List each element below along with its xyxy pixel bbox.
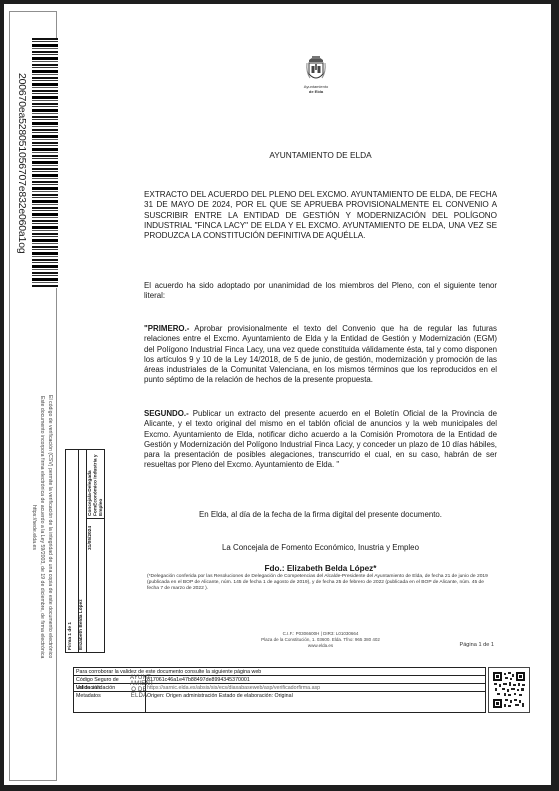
- barcode-icon: [32, 38, 58, 288]
- primero-paragraph: "PRIMERO.- Aprobar provisionalmente el t…: [144, 324, 497, 386]
- csv-value: 817061c46a1e47b88497de8994345370001: [147, 676, 483, 684]
- intro-paragraph: El acuerdo ha sido adoptado por unanimid…: [144, 281, 497, 302]
- segundo-label: SEGUNDO.-: [144, 409, 189, 418]
- segundo-text: Publicar un extracto del presente acuerd…: [144, 409, 497, 469]
- signature-name: Elizabeth Belda López: [79, 570, 87, 650]
- signature-table: Firma 1 de 1 Elizabeth Belda López 31/05…: [65, 449, 105, 653]
- verification-table: Para corroborar la validez de este docum…: [73, 667, 486, 713]
- signer-name: Fdo.: Elizabeth Belda López*: [144, 564, 497, 573]
- page-number: Página 1 de 1: [434, 642, 494, 648]
- csv-notes: El código de verificación (CSV) permite …: [12, 392, 54, 662]
- barcode-code-text: 200670ea528051056707e832e060a1og: [14, 38, 30, 288]
- delegation-note: (*Delegación conferida por las Resolucio…: [147, 574, 497, 592]
- document-page: 200670ea528051056707e832e060a1og El códi…: [4, 4, 551, 785]
- segundo-paragraph: SEGUNDO.- Publicar un extracto del prese…: [144, 409, 497, 471]
- validation-url-link[interactable]: https://sarnic.elda.es/absis/sis/ecs/dia…: [147, 684, 483, 692]
- csv-note-3: https://sede.elda.es: [31, 505, 37, 550]
- primero-text: Aprobar provisionalmente el texto del Co…: [144, 324, 497, 384]
- qr-code[interactable]: [488, 667, 530, 713]
- coat-of-arms-icon: [305, 54, 327, 84]
- ayuntamiento-stamp-overlay: AYUNT AMIENT O DE ELDA: [130, 675, 148, 699]
- place-date: En Elda, al día de la fecha de la firma …: [144, 510, 497, 519]
- institution-heading: AYUNTAMIENTO DE ELDA: [144, 150, 497, 160]
- signature-date: 31/05/2024: [88, 520, 98, 550]
- signature-label: Firma 1 de 1: [68, 614, 76, 650]
- coat-of-arms-logo: Ayuntamiento de Elda: [301, 54, 331, 104]
- qr-code-icon: [493, 672, 525, 708]
- csv-note-1: El código de verificación (CSV) permite …: [47, 395, 53, 658]
- logo-text-2: de Elda: [301, 89, 331, 94]
- csv-note-2: Este documento incorpora firma electróni…: [39, 396, 45, 658]
- metadata-value: Origen: Origen administración Estado de …: [147, 692, 483, 700]
- primero-label: "PRIMERO.-: [144, 324, 189, 333]
- verification-side-strip: 200670ea528051056707e832e060a1og El códi…: [9, 11, 57, 781]
- document-title: EXTRACTO DEL ACUERDO DEL PLENO DEL EXCMO…: [144, 190, 497, 241]
- signer-role: La Concejala de Fomento Económico, Inust…: [144, 543, 497, 552]
- signature-role: Concejala-Delegada FomEconómico Industri…: [88, 452, 105, 516]
